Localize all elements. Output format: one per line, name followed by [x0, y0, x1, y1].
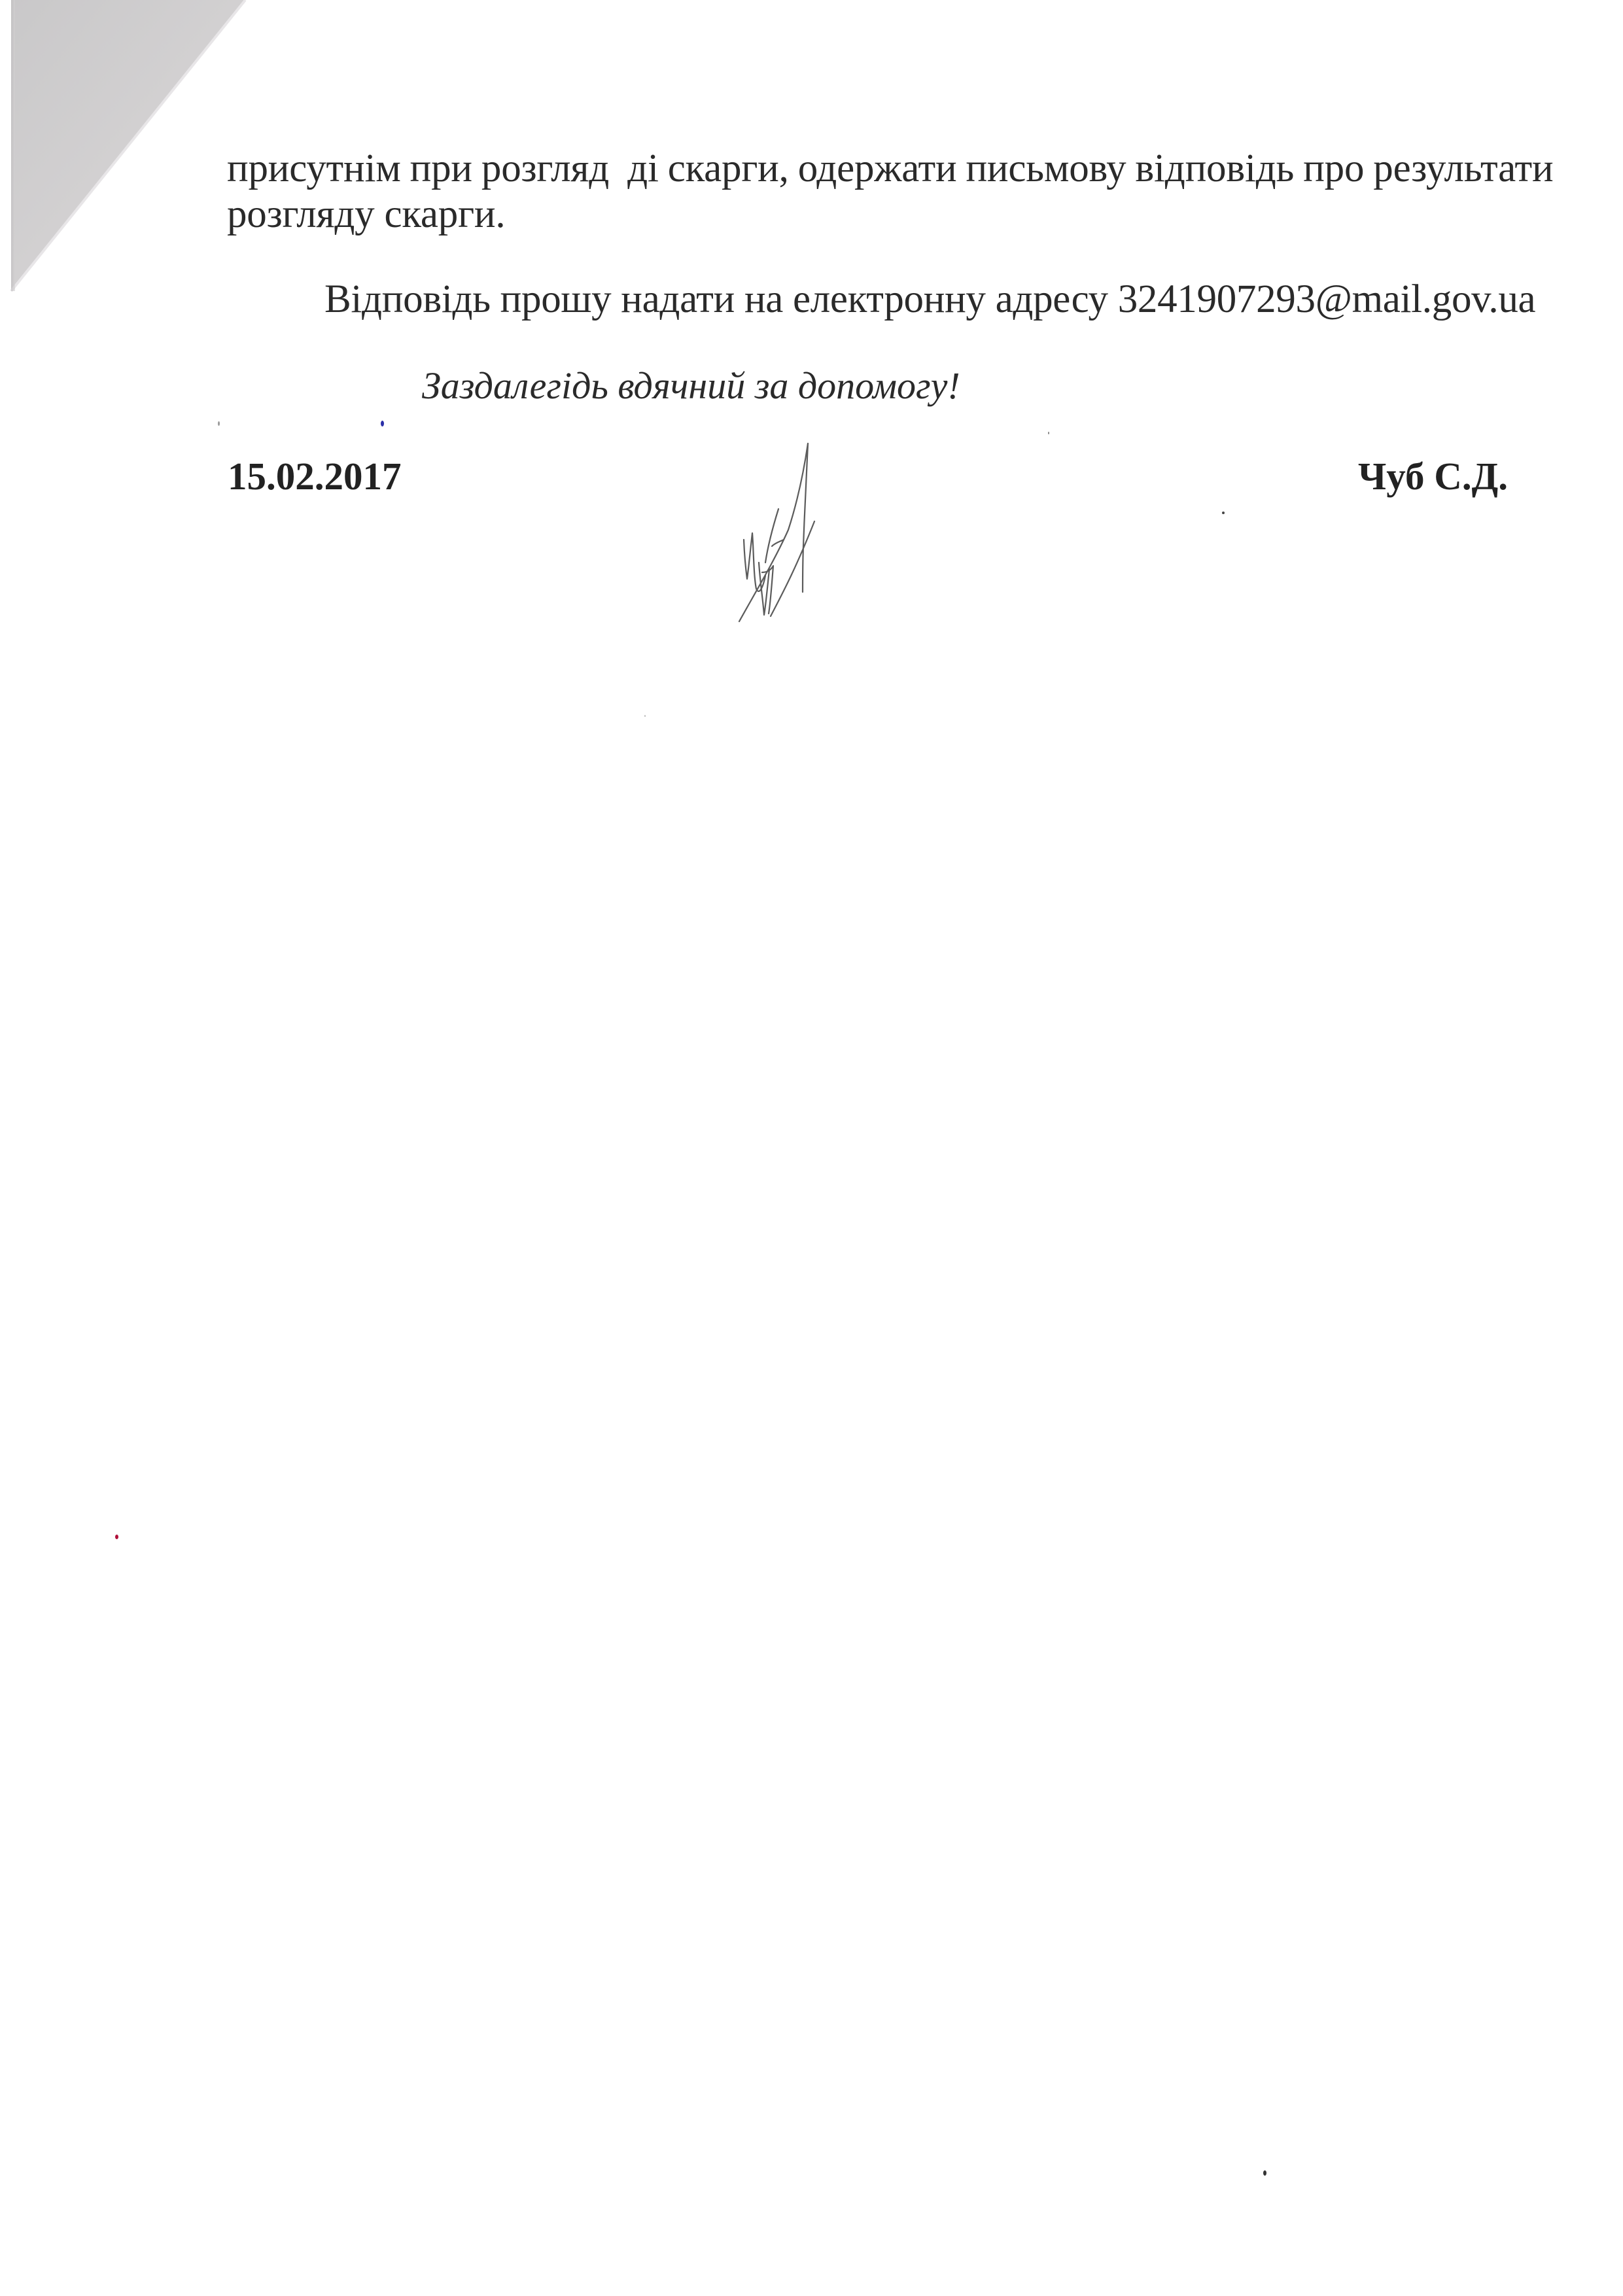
scanned-document-page: присутнім при розгляд ді скарги, одержат… — [0, 0, 1623, 2296]
red-ink-speck — [115, 1535, 118, 1539]
paragraph-line-2: розгляду скарги. — [227, 194, 505, 234]
document-date: 15.02.2017 — [228, 457, 402, 496]
dark-speck — [1222, 512, 1225, 514]
paragraph-line-1: присутнім при розгляд ді скарги, одержат… — [227, 148, 1553, 188]
signatory-name: Чуб С.Д. — [1358, 457, 1508, 496]
gray-speck — [218, 421, 220, 426]
closing-gratitude-text: Заздалегідь вдячний за допомогу! — [422, 367, 960, 405]
handwritten-signature-icon — [720, 432, 850, 628]
gray-speck — [1048, 432, 1049, 434]
dark-speck — [1263, 2170, 1266, 2176]
response-request-text: Відповідь прошу надати на електронну адр… — [324, 279, 1535, 319]
gray-speck — [644, 715, 646, 717]
blue-ink-speck — [381, 421, 384, 426]
